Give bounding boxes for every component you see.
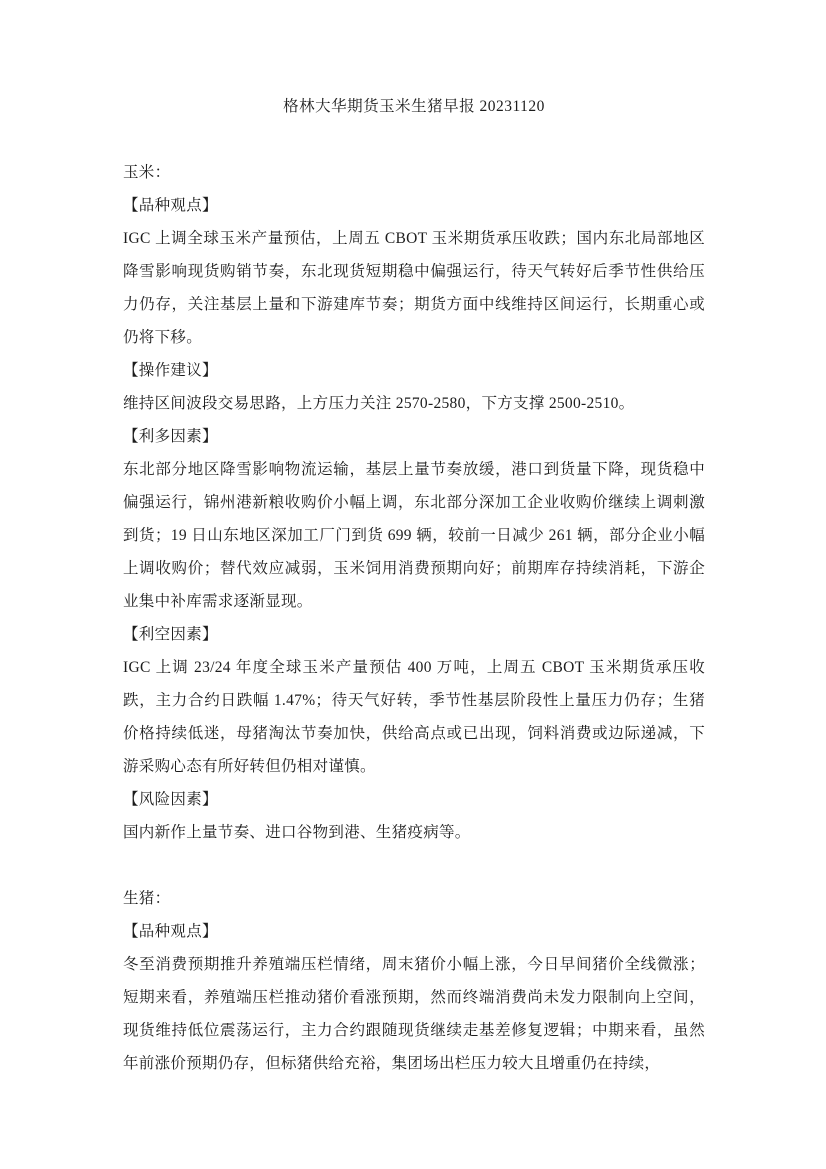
spacer [123, 849, 705, 882]
corn-section-text-bullish: 东北部分地区降雪影响物流运输，基层上量节奏放缓，港口到货量下降，现货稳中偏强运行… [123, 453, 705, 618]
corn-section-label-advice: 【操作建议】 [123, 354, 705, 387]
report-title: 格林大华期货玉米生猪早报 20231120 [123, 90, 705, 123]
corn-section-label-bullish: 【利多因素】 [123, 420, 705, 453]
corn-heading: 玉米： [123, 156, 705, 189]
corn-section-text-viewpoint: IGC 上调全球玉米产量预估，上周五 CBOT 玉米期货承压收跌；国内东北局部地… [123, 222, 705, 354]
corn-section-label-viewpoint: 【品种观点】 [123, 189, 705, 222]
hog-heading: 生猪： [123, 882, 705, 915]
corn-section-text-bearish: IGC 上调 23/24 年度全球玉米产量预估 400 万吨，上周五 CBOT … [123, 651, 705, 783]
corn-section-label-bearish: 【利空因素】 [123, 618, 705, 651]
hog-section-text-viewpoint: 冬至消费预期推升养殖端压栏情绪，周末猪价小幅上涨，今日早间猪价全线微涨；短期来看… [123, 948, 705, 1080]
hog-section-label-viewpoint: 【品种观点】 [123, 915, 705, 948]
report-page: 格林大华期货玉米生猪早报 20231120 玉米： 【品种观点】 IGC 上调全… [0, 0, 826, 1169]
spacer [123, 123, 705, 156]
corn-section-text-risk: 国内新作上量节奏、进口谷物到港、生猪疫病等。 [123, 816, 705, 849]
corn-section-text-advice: 维持区间波段交易思路，上方压力关注 2570-2580，下方支撑 2500-25… [123, 387, 705, 420]
corn-section-label-risk: 【风险因素】 [123, 783, 705, 816]
